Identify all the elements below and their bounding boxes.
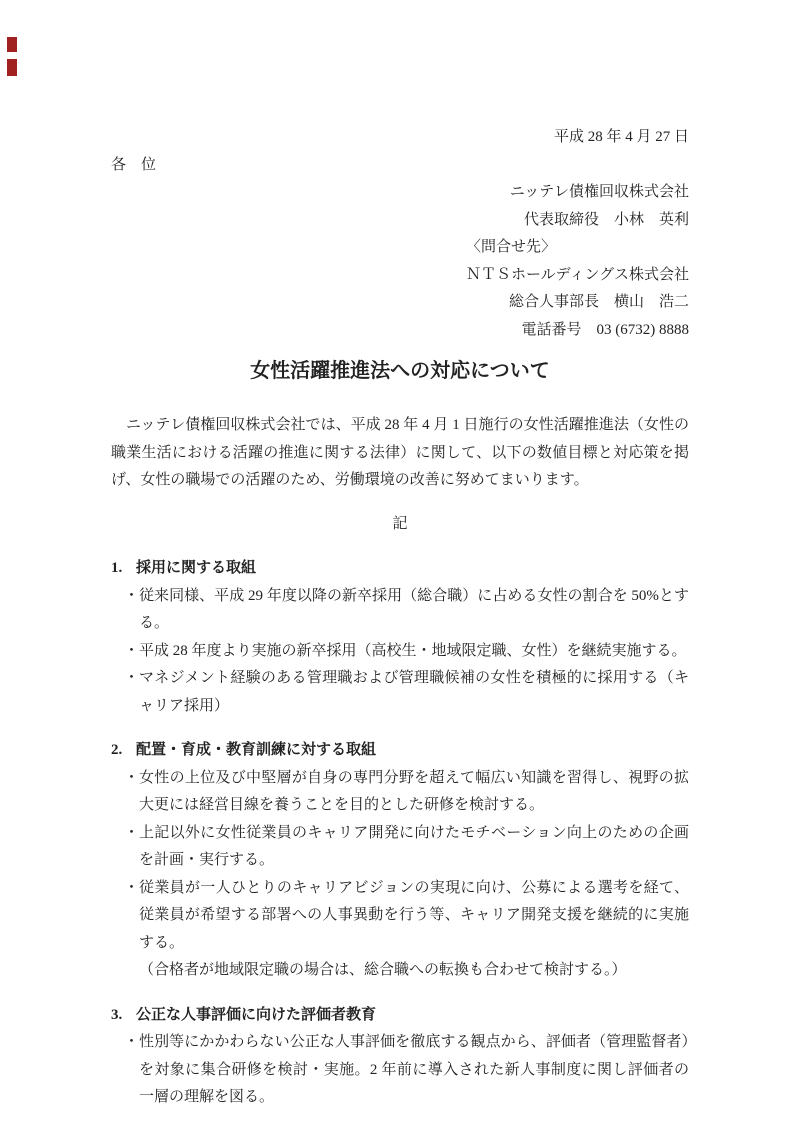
bullet-text: マネジメント経験のある管理職および管理職候補の女性を積極的に採用する（キャリア採… [139,670,689,714]
bullet-item: ・平成 28 年度より実施の新卒採用（高校生・地域限定職、女性）を継続実施する。 [111,638,689,666]
contact-company: ＮＴＳホールディングス株式会社 [466,262,689,290]
bullet-marker: ・ [124,875,139,903]
bullet-text: 性別等にかかわらない公正な人事評価を徹底する観点から、評価者（管理監督者）を対象… [139,1034,689,1105]
corner-red-mark-bottom [7,59,17,76]
bullet-marker: ・ [124,638,139,666]
bullet-item: ・従業員が一人ひとりのキャリアビジョンの実現に向け、公募による選考を経て、従業員… [111,875,689,958]
contact-person: 総合人事部長 横山 浩二 [466,289,689,317]
bullet-text: 女性の上位及び中堅層が自身の専門分野を超えて幅広い知識を習得し、視野の拡大更には… [139,770,689,814]
bullet-marker: ・ [124,1029,139,1057]
bullet-marker: ・ [124,765,139,793]
bullet-note: （合格者が地域限定職の場合は、総合職への転換も合わせて検討する。） [111,957,689,985]
section-2-heading: 2.配置・育成・教育訓練に対する取組 [111,737,689,765]
bullet-item: ・女性の上位及び中堅層が自身の専門分野を超えて幅広い知識を習得し、視野の拡大更に… [111,765,689,820]
sender-representative: 代表取締役 小林 英利 [466,207,689,235]
bullet-text: 上記以外に女性従業員のキャリア開発に向けたモチベーション向上のための企画を計画・… [139,825,689,869]
sender-company: ニッテレ債権回収株式会社 [466,179,689,207]
bullet-text: 従業員が一人ひとりのキャリアビジョンの実現に向け、公募による選考を経て、従業員が… [139,880,689,951]
section-2-number: 2. [111,737,136,765]
intro-paragraph: ニッテレ債権回収株式会社では、平成 28 年 4 月 1 日施行の女性活躍推進法… [111,412,689,495]
bullet-note-text: （合格者が地域限定職の場合は、総合職への転換も合わせて検討する。） [139,962,627,978]
section-3-heading: 3.公正な人事評価に向けた評価者教育 [111,1002,689,1030]
record-mark: 記 [111,511,689,539]
sender-block: ニッテレ債権回収株式会社 代表取締役 小林 英利 〈問合せ先〉 ＮＴＳホールディ… [466,179,689,344]
bullet-marker: ・ [124,820,139,848]
section-3-heading-text: 公正な人事評価に向けた評価者教育 [136,1007,376,1023]
document-page: 平成 28 年 4 月 27 日 各 位 ニッテレ債権回収株式会社 代表取締役 … [0,0,800,1131]
section-3-number: 3. [111,1002,136,1030]
section-1: 1.採用に関する取組 ・従来同様、平成 29 年度以降の新卒採用（総合職）に占め… [111,555,689,720]
date-line: 平成 28 年 4 月 27 日 [111,124,689,152]
contact-label: 〈問合せ先〉 [466,234,689,262]
section-1-heading-text: 採用に関する取組 [136,560,256,576]
section-2: 2.配置・育成・教育訓練に対する取組 ・女性の上位及び中堅層が自身の専門分野を超… [111,737,689,985]
bullet-marker: ・ [124,583,139,611]
section-1-heading: 1.採用に関する取組 [111,555,689,583]
bullet-text: 平成 28 年度より実施の新卒採用（高校生・地域限定職、女性）を継続実施する。 [139,643,687,659]
bullet-item: ・マネジメント経験のある管理職および管理職候補の女性を積極的に採用する（キャリア… [111,665,689,720]
bullet-text: 従来同様、平成 29 年度以降の新卒採用（総合職）に占める女性の割合を 50%と… [139,588,689,632]
section-3: 3.公正な人事評価に向けた評価者教育 ・性別等にかかわらない公正な人事評価を徹底… [111,1002,689,1112]
bullet-item: ・従来同様、平成 29 年度以降の新卒採用（総合職）に占める女性の割合を 50%… [111,583,689,638]
document-content: 平成 28 年 4 月 27 日 各 位 ニッテレ債権回収株式会社 代表取締役 … [111,124,689,1112]
document-title: 女性活躍推進法への対応について [111,356,689,386]
bullet-item: ・性別等にかかわらない公正な人事評価を徹底する観点から、評価者（管理監督者）を対… [111,1029,689,1112]
corner-red-mark-top [7,37,17,52]
section-1-number: 1. [111,555,136,583]
contact-phone: 電話番号 03 (6732) 8888 [466,317,689,345]
section-2-heading-text: 配置・育成・教育訓練に対する取組 [136,742,376,758]
bullet-item: ・上記以外に女性従業員のキャリア開発に向けたモチベーション向上のための企画を計画… [111,820,689,875]
bullet-marker: ・ [124,665,139,693]
addressee: 各 位 [111,152,689,180]
